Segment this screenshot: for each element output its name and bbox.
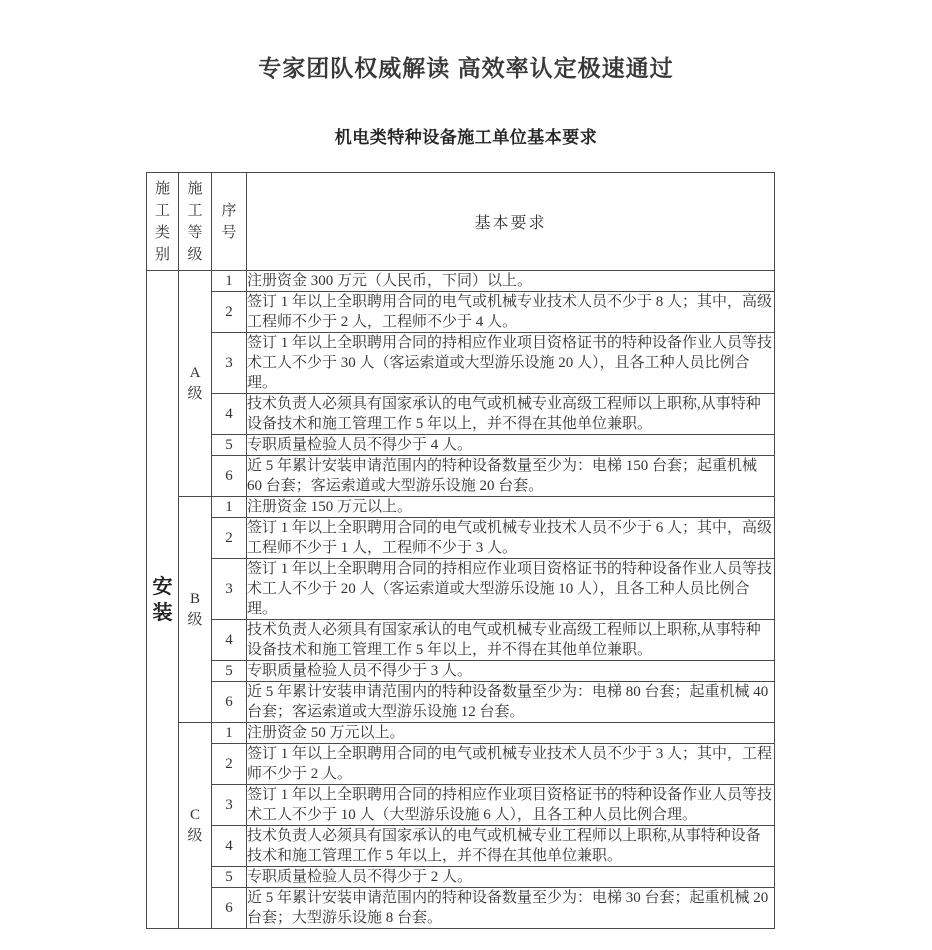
table-row: 3签订 1 年以上全职聘用合同的持相应作业项目资格证书的特种设备作业人员等技术工… [147,559,775,620]
row-number-cell: 5 [212,435,247,456]
requirement-cell: 签订 1 年以上全职聘用合同的持相应作业项目资格证书的特种设备作业人员等技术工人… [247,785,775,826]
row-number-cell: 6 [212,682,247,723]
requirement-cell: 签订 1 年以上全职聘用合同的持相应作业项目资格证书的特种设备作业人员等技术工人… [247,333,775,394]
requirements-table: 施 工 类 别 施 工 等 级 序 号 基本要求 安 装A 级1注册资金 300… [146,172,775,929]
table-row: 2签订 1 年以上全职聘用合同的电气或机械专业技术人员不少于 6 人；其中，高级… [147,518,775,559]
requirement-cell: 近 5 年累计安装申请范围内的特种设备数量至少为：电梯 80 台套；起重机械 4… [247,682,775,723]
row-number-cell: 1 [212,723,247,744]
requirement-cell: 注册资金 300 万元（人民币，下同）以上。 [247,271,775,292]
table-row: 2签订 1 年以上全职聘用合同的电气或机械专业技术人员不少于 3 人；其中，工程… [147,744,775,785]
grade-cell: B 级 [179,497,212,723]
row-number-cell: 2 [212,292,247,333]
requirement-cell: 签订 1 年以上全职聘用合同的电气或机械专业技术人员不少于 6 人；其中，高级工… [247,518,775,559]
page-title: 专家团队权威解读 高效率认定极速通过 [0,50,932,83]
row-number-cell: 3 [212,785,247,826]
requirement-cell: 签订 1 年以上全职聘用合同的电气或机械专业技术人员不少于 8 人；其中，高级工… [247,292,775,333]
row-number-cell: 2 [212,744,247,785]
table-row: 3签订 1 年以上全职聘用合同的持相应作业项目资格证书的特种设备作业人员等技术工… [147,785,775,826]
row-number-cell: 3 [212,559,247,620]
requirement-cell: 签订 1 年以上全职聘用合同的持相应作业项目资格证书的特种设备作业人员等技术工人… [247,559,775,620]
table-row: C 级1注册资金 50 万元以上。 [147,723,775,744]
table-header-row: 施 工 类 别 施 工 等 级 序 号 基本要求 [147,173,775,271]
requirement-cell: 注册资金 150 万元以上。 [247,497,775,518]
requirement-cell: 专职质量检验人员不得少于 2 人。 [247,867,775,888]
row-number-cell: 5 [212,661,247,682]
document-page: 专家团队权威解读 高效率认定极速通过 机电类特种设备施工单位基本要求 施 工 类… [0,0,932,950]
requirement-cell: 技术负责人必须具有国家承认的电气或机械专业高级工程师以上职称,从事特种设备技术和… [247,394,775,435]
row-number-cell: 4 [212,394,247,435]
table-row: 安 装A 级1注册资金 300 万元（人民币，下同）以上。 [147,271,775,292]
row-number-cell: 6 [212,888,247,929]
table-row: 3签订 1 年以上全职聘用合同的持相应作业项目资格证书的特种设备作业人员等技术工… [147,333,775,394]
table-row: 5专职质量检验人员不得少于 4 人。 [147,435,775,456]
requirement-cell: 专职质量检验人员不得少于 3 人。 [247,661,775,682]
requirement-cell: 近 5 年累计安装申请范围内的特种设备数量至少为：电梯 150 台套；起重机械 … [247,456,775,497]
requirement-cell: 技术负责人必须具有国家承认的电气或机械专业高级工程师以上职称,从事特种设备技术和… [247,620,775,661]
table-row: B 级1注册资金 150 万元以上。 [147,497,775,518]
row-number-cell: 3 [212,333,247,394]
table-row: 4技术负责人必须具有国家承认的电气或机械专业高级工程师以上职称,从事特种设备技术… [147,620,775,661]
table-row: 5专职质量检验人员不得少于 2 人。 [147,867,775,888]
row-number-cell: 2 [212,518,247,559]
row-number-cell: 6 [212,456,247,497]
requirement-cell: 专职质量检验人员不得少于 4 人。 [247,435,775,456]
row-number-cell: 1 [212,271,247,292]
table-row: 5专职质量检验人员不得少于 3 人。 [147,661,775,682]
row-number-cell: 1 [212,497,247,518]
row-number-cell: 4 [212,826,247,867]
requirement-cell: 技术负责人必须具有国家承认的电气或机械专业工程师以上职称,从事特种设备技术和施工… [247,826,775,867]
grade-cell: A 级 [179,271,212,497]
header-serial-number: 序 号 [212,173,247,271]
table-caption: 机电类特种设备施工单位基本要求 [0,123,932,148]
table-row: 2签订 1 年以上全职聘用合同的电气或机械专业技术人员不少于 8 人；其中，高级… [147,292,775,333]
category-cell: 安 装 [147,271,179,929]
table-body: 安 装A 级1注册资金 300 万元（人民币，下同）以上。2签订 1 年以上全职… [147,271,775,929]
header-construction-category: 施 工 类 别 [147,173,179,271]
row-number-cell: 5 [212,867,247,888]
row-number-cell: 4 [212,620,247,661]
table-row: 6近 5 年累计安装申请范围内的特种设备数量至少为：电梯 80 台套；起重机械 … [147,682,775,723]
table-row: 6近 5 年累计安装申请范围内的特种设备数量至少为：电梯 150 台套；起重机械… [147,456,775,497]
requirement-cell: 注册资金 50 万元以上。 [247,723,775,744]
requirement-cell: 近 5 年累计安装申请范围内的特种设备数量至少为：电梯 30 台套；起重机械 2… [247,888,775,929]
table-row: 6近 5 年累计安装申请范围内的特种设备数量至少为：电梯 30 台套；起重机械 … [147,888,775,929]
grade-cell: C 级 [179,723,212,929]
header-basic-requirements: 基本要求 [247,173,775,271]
table-row: 4技术负责人必须具有国家承认的电气或机械专业工程师以上职称,从事特种设备技术和施… [147,826,775,867]
requirement-cell: 签订 1 年以上全职聘用合同的电气或机械专业技术人员不少于 3 人；其中，工程师… [247,744,775,785]
header-construction-grade: 施 工 等 级 [179,173,212,271]
table-row: 4技术负责人必须具有国家承认的电气或机械专业高级工程师以上职称,从事特种设备技术… [147,394,775,435]
